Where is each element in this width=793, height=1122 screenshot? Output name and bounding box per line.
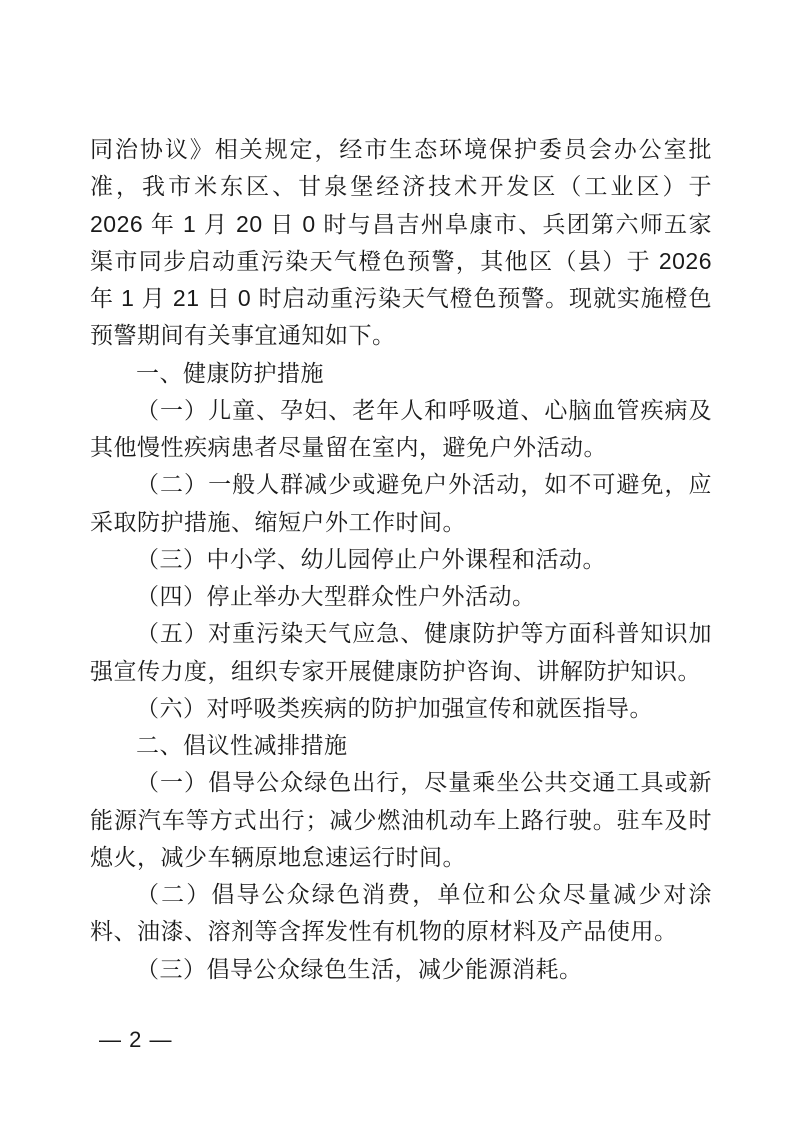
body-paragraph: （四）停止举办大型群众性户外活动。: [90, 578, 712, 615]
body-paragraph: 同治协议》相关规定，经市生态环境保护委员会办公室批准，我市米东区、甘泉堡经济技术…: [90, 131, 712, 355]
body-paragraph: （六）对呼吸类疾病的防护加强宣传和就医指导。: [90, 690, 712, 727]
body-paragraph: （二）一般人群减少或避免户外活动，如不可避免，应采取防护措施、缩短户外工作时间。: [90, 466, 712, 541]
page-number: — 2 —: [99, 1025, 172, 1055]
document-page: 同治协议》相关规定，经市生态环境保护委员会办公室批准，我市米东区、甘泉堡经济技术…: [0, 0, 793, 1122]
document-body: 同治协议》相关规定，经市生态环境保护委员会办公室批准，我市米东区、甘泉堡经济技术…: [90, 131, 712, 988]
body-paragraph: （一）儿童、孕妇、老年人和呼吸道、心脑血管疾病及其他慢性疾病患者尽量留在室内，避…: [90, 392, 712, 467]
body-paragraph: （三）中小学、幼儿园停止户外课程和活动。: [90, 541, 712, 578]
body-paragraph: （一）倡导公众绿色出行，尽量乘坐公共交通工具或新能源汽车等方式出行；减少燃油机动…: [90, 764, 712, 876]
body-paragraph: （三）倡导公众绿色生活，减少能源消耗。: [90, 951, 712, 988]
section-heading: 二、倡议性减排措施: [90, 727, 712, 764]
section-heading: 一、健康防护措施: [90, 355, 712, 392]
body-paragraph: （二）倡导公众绿色消费，单位和公众尽量减少对涂料、油漆、溶剂等含挥发性有机物的原…: [90, 876, 712, 951]
body-paragraph: （五）对重污染天气应急、健康防护等方面科普知识加强宣传力度，组织专家开展健康防护…: [90, 615, 712, 690]
